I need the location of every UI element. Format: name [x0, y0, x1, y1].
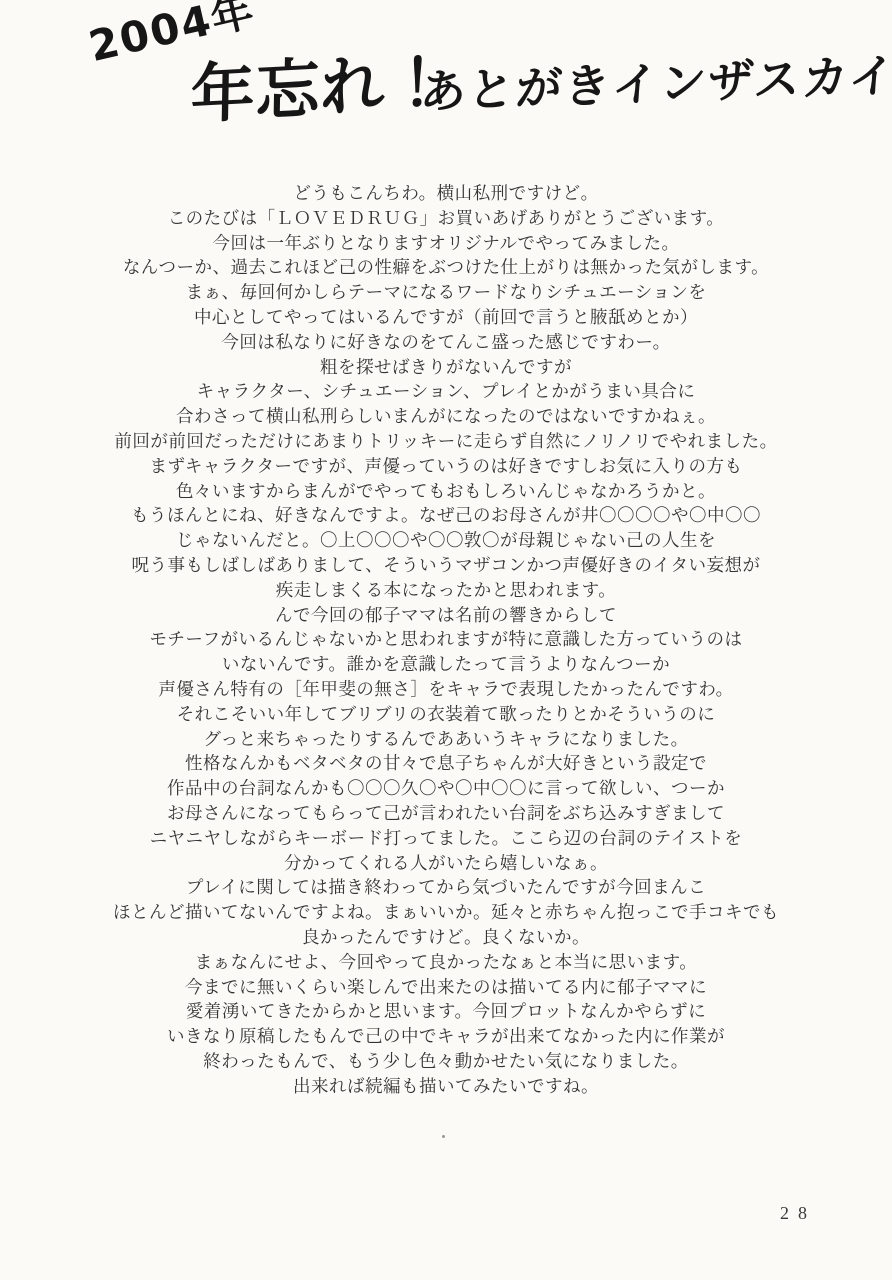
text-line: 色々いますからまんがでやってもおもしろいんじゃなかろうかと。: [46, 479, 846, 504]
title-main: 年忘れ！: [190, 30, 451, 136]
text-line: 作品中の台詞なんかも〇〇〇久〇や〇中〇〇に言って欲しい、つーか: [46, 776, 846, 801]
text-line: 前回が前回だっただけにあまりトリッキーに走らず自然にノリノリでやれました。: [46, 429, 846, 454]
text-line: それこそいい年してブリブリの衣装着て歌ったりとかそういうのに: [46, 702, 846, 727]
text-line: 今回は一年ぶりとなりますオリジナルでやってみました。: [46, 231, 846, 256]
text-line: なんつーか、過去これほど己の性癖をぶつけた仕上がりは無かった気がします。: [46, 255, 846, 280]
handwritten-title: 2004年 年忘れ！ あとがきインザスカイ: [0, 0, 892, 160]
text-line: 呪う事もしばしばありまして、そういうマザコンかつ声優好きのイタい妄想が: [46, 553, 846, 578]
scanned-afterword-page: 2004年 年忘れ！ あとがきインザスカイ どうもこんちわ。横山私刑ですけど。こ…: [0, 0, 892, 1280]
text-line: まずキャラクターですが、声優っていうのは好きですしお気に入りの方も: [46, 454, 846, 479]
text-line: まぁなんにせよ、今回やって良かったなぁと本当に思います。: [46, 950, 846, 975]
text-line: いないんです。誰かを意識したって言うよりなんつーか: [46, 652, 846, 677]
afterword-body-text: どうもこんちわ。横山私刑ですけど。このたびは「ＬＯＶＥＤＲＵＧ」お買いあげありが…: [46, 181, 846, 1098]
text-line: ニヤニヤしながらキーボード打ってました。ここら辺の台詞のテイストを: [46, 826, 846, 851]
text-line: ほとんど描いてないんですよね。まぁいいか。延々と赤ちゃん抱っこで手コキでも: [46, 900, 846, 925]
text-line: 終わったもんで、もう少し色々動かせたい気になりました。: [46, 1049, 846, 1074]
text-line: じゃないんだと。〇上〇〇〇や〇〇敦〇が母親じゃない己の人生を: [46, 528, 846, 553]
text-line: 中心としてやってはいるんですが（前回で言うと腋舐めとか）: [46, 305, 846, 330]
text-line: グっと来ちゃったりするんでああいうキャラになりました。: [46, 727, 846, 752]
text-line: いきなり原稿したもんで己の中でキャラが出来てなかった内に作業が: [46, 1024, 846, 1049]
title-sub: あとがきインザスカイ: [418, 39, 892, 122]
text-line: キャラクター、シチュエーション、プレイとかがうまい具合に: [46, 379, 846, 404]
text-line: 粗を探せばきりがないんですが: [46, 355, 846, 380]
text-line: どうもこんちわ。横山私刑ですけど。: [46, 181, 846, 206]
text-line: 疾走しまくる本になったかと思われます。: [46, 578, 846, 603]
page-number: 28: [780, 1203, 816, 1224]
text-line: 声優さん特有の［年甲斐の無さ］をキャラで表現したかったんですわ。: [46, 677, 846, 702]
text-line: 今までに無いくらい楽しんで出来たのは描いてる内に郁子ママに: [46, 975, 846, 1000]
text-line: 愛着湧いてきたからかと思います。今回プロットなんかやらずに: [46, 999, 846, 1024]
text-line: 良かったんですけど。良くないか。: [46, 925, 846, 950]
text-line: もうほんとにね、好きなんですよ。なぜ己のお母さんが井〇〇〇〇や〇中〇〇: [46, 503, 846, 528]
text-line: モチーフがいるんじゃないかと思われますが特に意識した方っていうのは: [46, 627, 846, 652]
text-line: 今回は私なりに好きなのをてんこ盛った感じですわー。: [46, 330, 846, 355]
text-line: このたびは「ＬＯＶＥＤＲＵＧ」お買いあげありがとうございます。: [46, 206, 846, 231]
text-line: 性格なんかもベタベタの甘々で息子ちゃんが大好きという設定で: [46, 751, 846, 776]
scan-speck: [442, 1135, 445, 1138]
text-line: プレイに関しては描き終わってから気づいたんですが今回まんこ: [46, 875, 846, 900]
text-line: 分かってくれる人がいたら嬉しいなぁ。: [46, 851, 846, 876]
text-line: お母さんになってもらって己が言われたい台詞をぶち込みすぎまして: [46, 801, 846, 826]
text-line: 出来れば続編も描いてみたいですね。: [46, 1074, 846, 1099]
text-line: まぁ、毎回何かしらテーマになるワードなりシチュエーションを: [46, 280, 846, 305]
text-line: んで今回の郁子ママは名前の響きからして: [46, 603, 846, 628]
text-line: 合わさって横山私刑らしいまんがになったのではないですかねぇ。: [46, 404, 846, 429]
